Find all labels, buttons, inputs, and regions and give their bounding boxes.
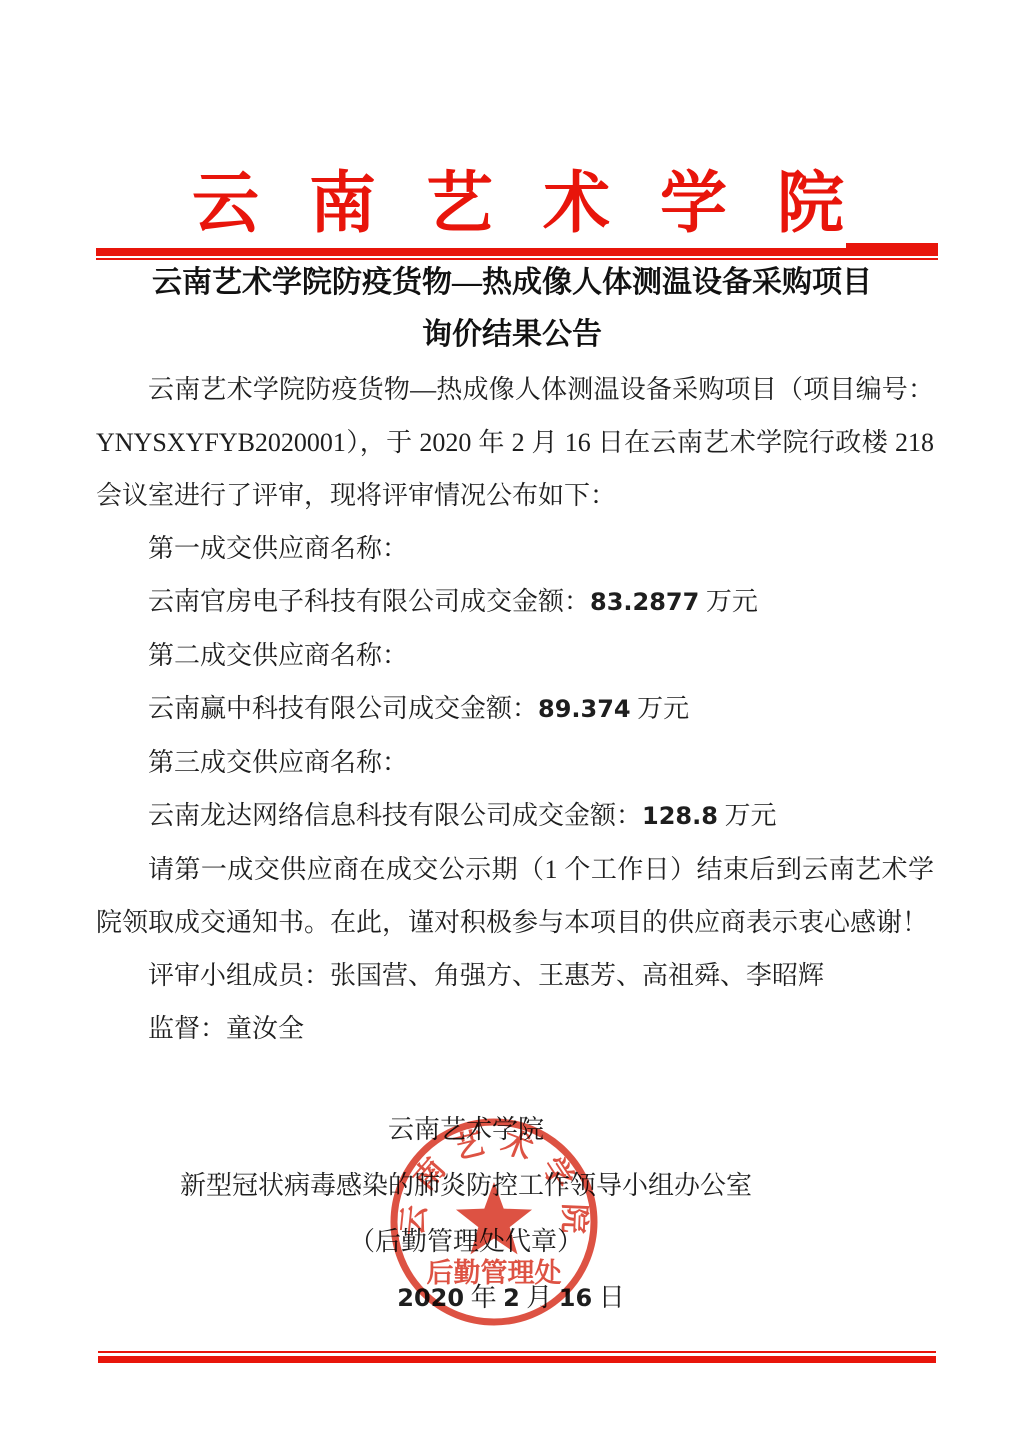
result-rank-label: 第三成交供应商名称：: [96, 736, 934, 789]
letterhead-rule: [96, 248, 938, 260]
document-page: 云南艺术学院 云南艺术学院防疫货物—热成像人体测温设备采购项目 询价结果公告 云…: [0, 0, 1024, 1447]
letterhead-university-name: 云南艺术学院: [0, 150, 1024, 246]
review-panel-line: 评审小组成员：张国营、角强方、王惠芳、高祖舜、李昭辉: [96, 949, 934, 1002]
signature-seal-note: （后勤管理处代章）: [96, 1214, 836, 1270]
supervisor-line: 监督：童汝全: [96, 1002, 934, 1055]
result-rank-label: 第一成交供应商名称：: [96, 522, 934, 575]
result-supplier-line: 云南赢中科技有限公司成交金额：89.374 万元: [96, 682, 934, 736]
document-title-line1: 云南艺术学院防疫货物—热成像人体测温设备采购项目: [0, 266, 1024, 300]
notice-paragraph: 请第一成交供应商在成交公示期（1 个工作日）结束后到云南艺术学院领取成交通知书。…: [96, 843, 934, 949]
letterhead-rule-thick: [96, 248, 938, 256]
signature-date: 2020 年 2 月 16 日: [141, 1270, 881, 1326]
document-title-line2: 询价结果公告: [0, 318, 1024, 352]
signature-block: 云南艺术学院 新型冠状病毒感染的肺炎防控工作领导小组办公室 （后勤管理处代章） …: [96, 1102, 836, 1326]
letterhead-rule-thin: [96, 258, 938, 260]
result-rank-label: 第二成交供应商名称：: [96, 629, 934, 682]
signature-org: 云南艺术学院: [96, 1102, 836, 1158]
letterhead-rule-end-cap: [846, 243, 938, 249]
signature-office: 新型冠状病毒感染的肺炎防控工作领导小组办公室: [96, 1158, 836, 1214]
document-body: 云南艺术学院防疫货物—热成像人体测温设备采购项目（项目编号：YNYSXYFYB2…: [96, 363, 934, 1055]
result-supplier-line: 云南龙达网络信息科技有限公司成交金额：128.8 万元: [96, 789, 934, 843]
footer-rule-thick: [98, 1356, 936, 1363]
footer-rule: [98, 1351, 936, 1363]
result-supplier-line: 云南官房电子科技有限公司成交金额：83.2877 万元: [96, 575, 934, 629]
intro-paragraph: 云南艺术学院防疫货物—热成像人体测温设备采购项目（项目编号：YNYSXYFYB2…: [96, 363, 934, 522]
document-title: 云南艺术学院防疫货物—热成像人体测温设备采购项目 询价结果公告: [0, 266, 1024, 352]
footer-rule-thin: [98, 1351, 936, 1353]
